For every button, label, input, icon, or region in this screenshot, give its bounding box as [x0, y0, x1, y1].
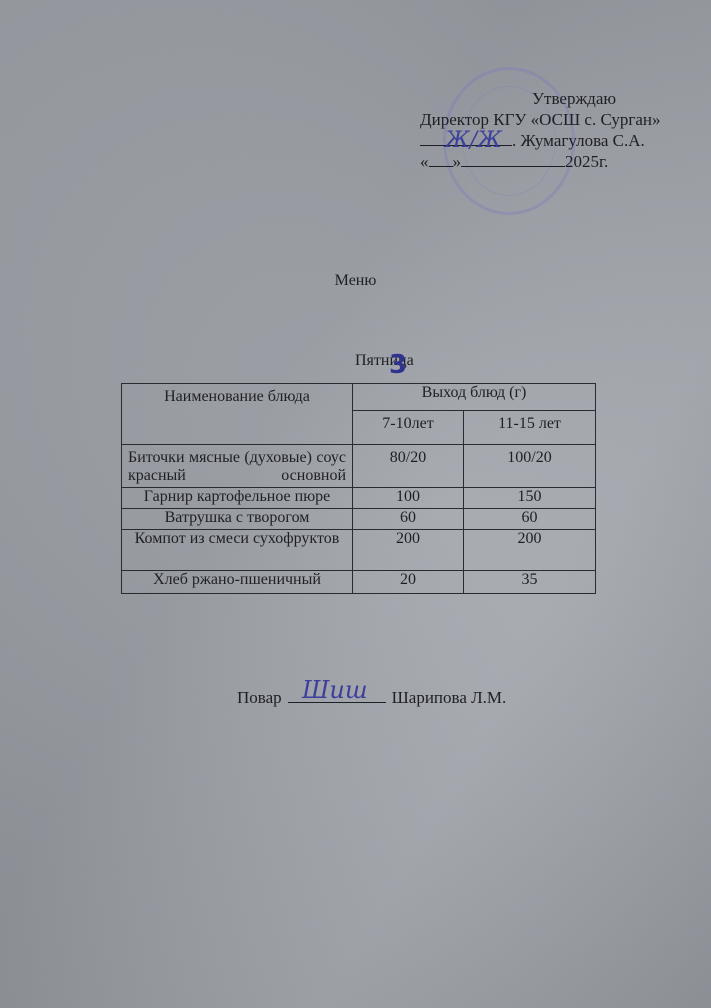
dish-output-11-15: 35 — [464, 571, 596, 594]
date-quote-close: » — [453, 152, 462, 171]
dish-output-7-10: 20 — [353, 571, 464, 594]
dish-name: Компот из смеси сухофруктов — [122, 530, 353, 571]
date-quote-open: « — [420, 152, 429, 171]
table-row: Хлеб ржано-пшеничный 20 35 — [122, 571, 596, 594]
cook-label: Повар — [237, 688, 282, 707]
dish-name: Хлеб ржано-пшеничный — [122, 571, 353, 594]
header-age-11-15: 11-15 лет — [464, 411, 596, 445]
dish-output-11-15: 60 — [464, 509, 596, 530]
dish-name: Гарнир картофельное пюре — [122, 488, 353, 509]
dish-output-11-15: 150 — [464, 488, 596, 509]
table-row: Гарнир картофельное пюре 100 150 — [122, 488, 596, 509]
date-day-blank — [429, 152, 453, 167]
dish-output-7-10: 80/20 — [353, 445, 464, 488]
cook-name: Шарипова Л.М. — [392, 688, 507, 707]
dish-output-7-10: 100 — [353, 488, 464, 509]
page-title: Меню — [0, 272, 711, 290]
approval-title: Утверждаю — [420, 88, 660, 109]
cook-signature-line: ПоварШарипова Л.М. — [237, 688, 506, 708]
approval-director: Директор КГУ «ОСШ с. Сурган» — [420, 109, 660, 130]
approval-date-line: «»2025г. — [420, 151, 660, 172]
table-row: Ватрушка с творогом 60 60 — [122, 509, 596, 530]
table-header-row: Наименование блюда Выход блюд (г) — [122, 384, 596, 411]
dish-name: Биточки мясные (духовые) соус красный ос… — [122, 445, 353, 488]
menu-table: Наименование блюда Выход блюд (г) 7-10ле… — [121, 383, 596, 594]
date-month-blank — [461, 152, 565, 167]
header-output: Выход блюд (г) — [353, 384, 596, 411]
date-year: 2025г. — [565, 152, 608, 171]
day-number-handwritten: 3 — [389, 350, 407, 380]
dish-output-7-10: 200 — [353, 530, 464, 571]
header-age-7-10: 7-10лет — [353, 411, 464, 445]
director-signature-icon: Ж/Ж — [445, 128, 502, 153]
table-row: Компот из смеси сухофруктов 200 200 — [122, 530, 596, 571]
approval-director-name: . Жумагулова С.А. — [512, 131, 645, 150]
dish-name: Ватрушка с творогом — [122, 509, 353, 530]
dish-output-11-15: 200 — [464, 530, 596, 571]
dish-output-7-10: 60 — [353, 509, 464, 530]
dish-output-11-15: 100/20 — [464, 445, 596, 488]
cook-signature-icon: Шиш — [302, 676, 368, 704]
header-dish-name: Наименование блюда — [122, 384, 353, 445]
table-row: Биточки мясные (духовые) соус красный ос… — [122, 445, 596, 488]
